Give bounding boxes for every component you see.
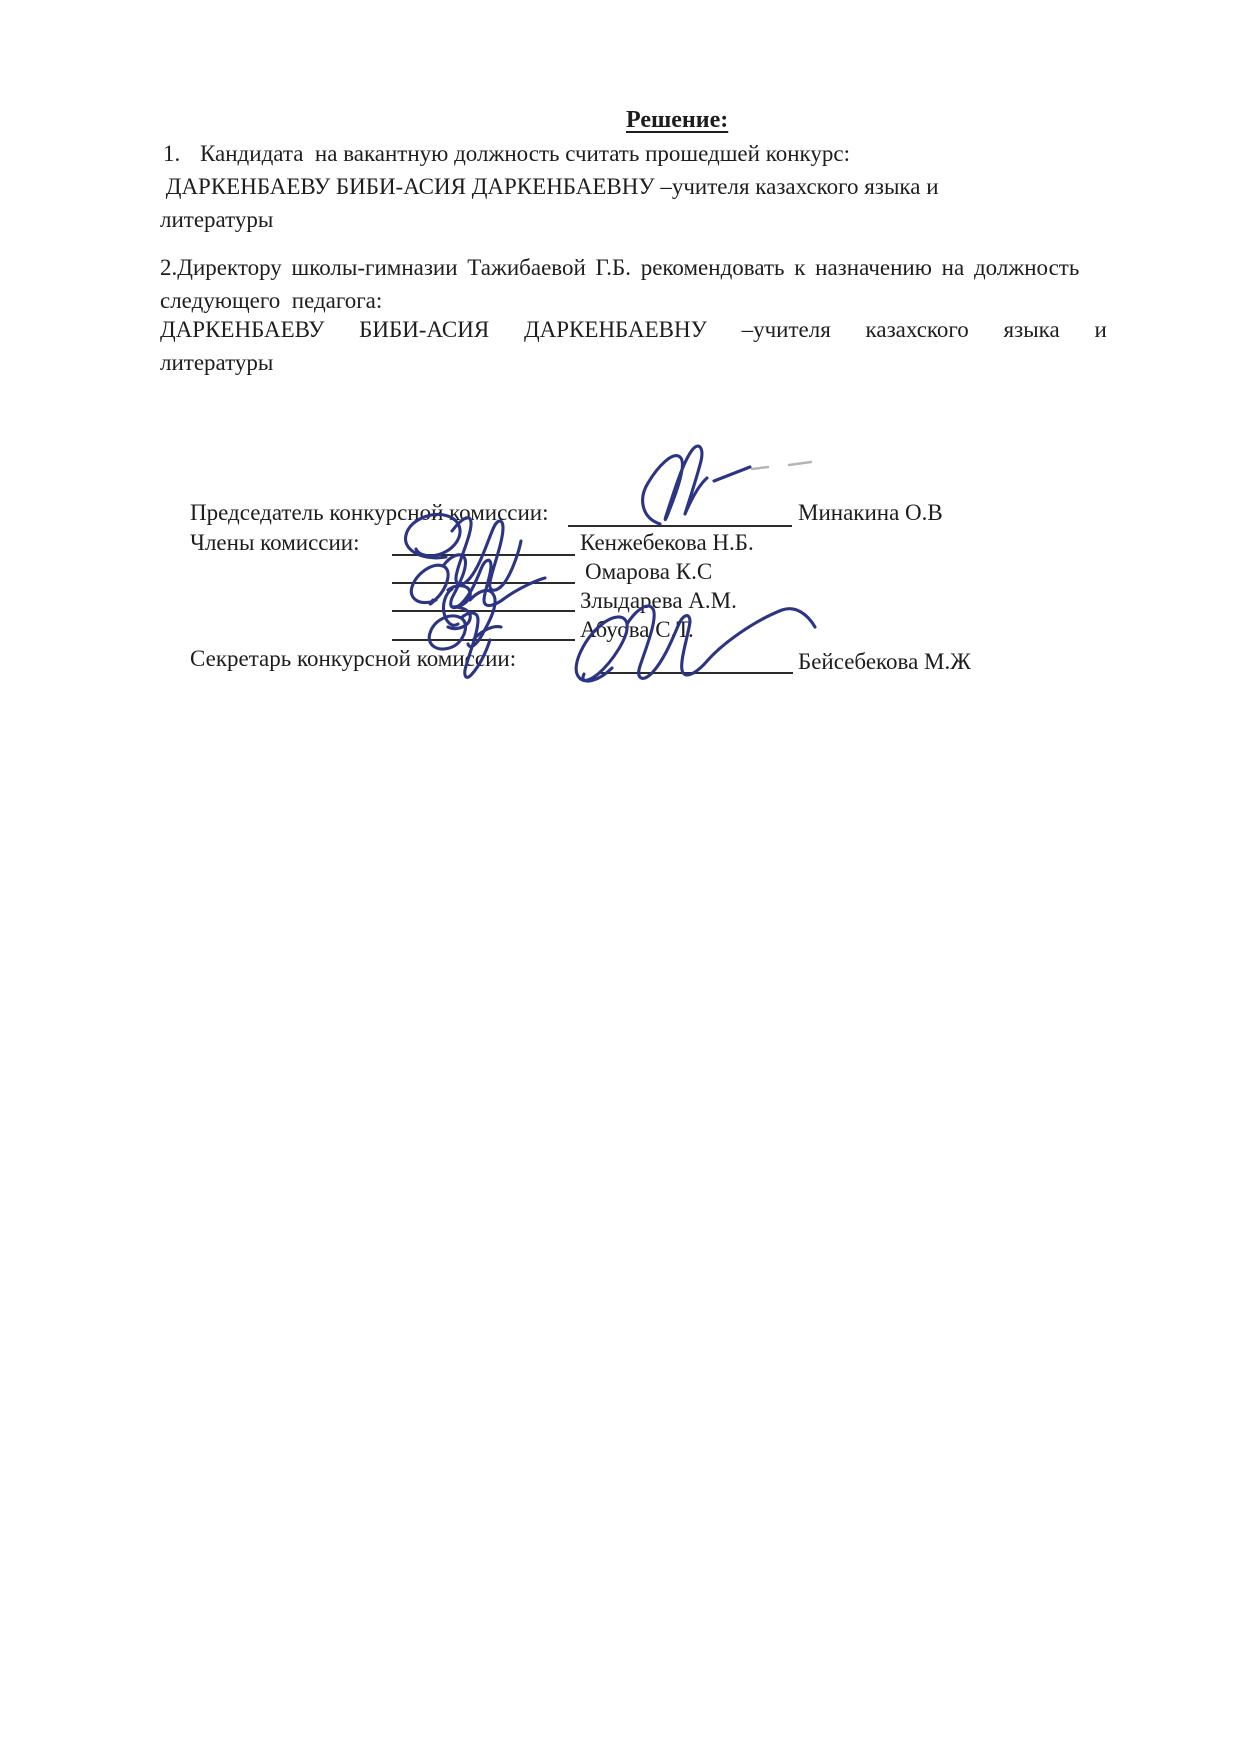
item2-line4: литературы <box>160 349 273 377</box>
chairman-label: Председатель конкурсной комиссии: <box>190 499 549 527</box>
chairman-signature-dash-ink <box>714 467 750 481</box>
item2-line3: ДАРКЕНБАЕВУ БИБИ-АСИЯ ДАРКЕНБАЕВНУ –учит… <box>160 316 1107 344</box>
members-label: Члены комиссии: <box>190 529 360 557</box>
item1-line3: литературы <box>160 206 273 234</box>
item1-number: 1. <box>163 140 180 168</box>
item2-line2: следующего педагога: <box>160 287 382 315</box>
chairman-name: Минакина О.В <box>798 499 943 527</box>
secretary-signature-line <box>600 672 793 674</box>
document-page: Решение: 1. Кандидата на вакантную должн… <box>0 0 1241 1755</box>
chairman-signature-ink <box>643 446 707 524</box>
member-signature-line <box>392 554 575 556</box>
member3-signature-ink <box>443 586 495 647</box>
secretary-label: Секретарь конкурсной комиссии: <box>190 645 516 673</box>
member-name: Кенжебекова Н.Б. <box>580 529 754 557</box>
item2-line1: 2.Директору школы-гимназии Тажибаевой Г.… <box>160 254 1079 282</box>
chairman-signature-line <box>568 525 792 527</box>
member-name: Злыдарева А.М. <box>580 587 737 615</box>
item1-line2: ДАРКЕНБАЕВУ БИБИ-АСИЯ ДАРКЕНБАЕВНУ –учит… <box>160 173 939 201</box>
member-signature-line <box>392 639 575 641</box>
member-name: Абуова С.Т. <box>580 616 694 644</box>
secretary-name: Бейсебекова М.Ж <box>798 648 971 676</box>
member-signature-line <box>392 610 575 612</box>
page-title: Решение: <box>626 106 728 134</box>
member-signature-line <box>392 582 575 584</box>
item1-line1: Кандидата на вакантную должность считать… <box>200 140 850 168</box>
member-name: Омарова К.С <box>585 558 712 586</box>
scan-artifact-marks <box>752 462 811 469</box>
